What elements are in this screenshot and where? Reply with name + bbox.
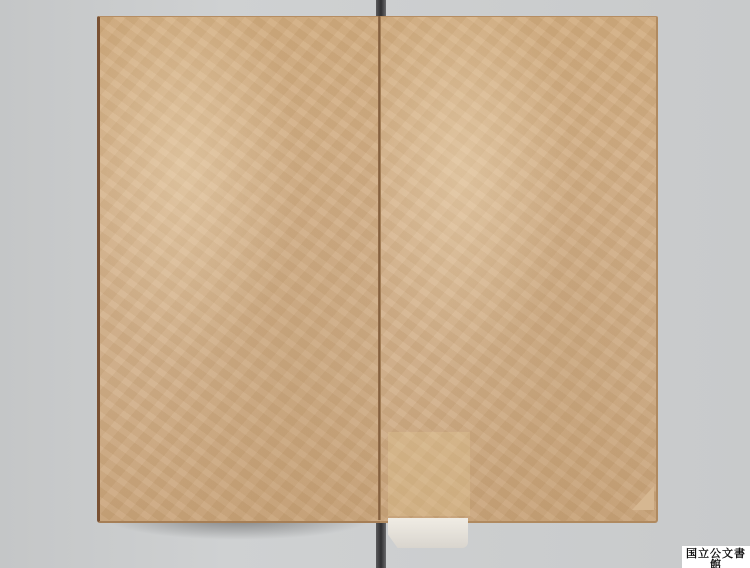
folded-corner [612, 486, 654, 510]
archive-watermark-logo: 国立公文書館 National Archives of Japan [682, 546, 750, 568]
logo-main-text: 国立公文書館 [682, 546, 750, 568]
paper-stain [388, 432, 470, 516]
paper-tag [388, 518, 468, 548]
book-crease [378, 16, 381, 520]
left-page [97, 16, 382, 523]
